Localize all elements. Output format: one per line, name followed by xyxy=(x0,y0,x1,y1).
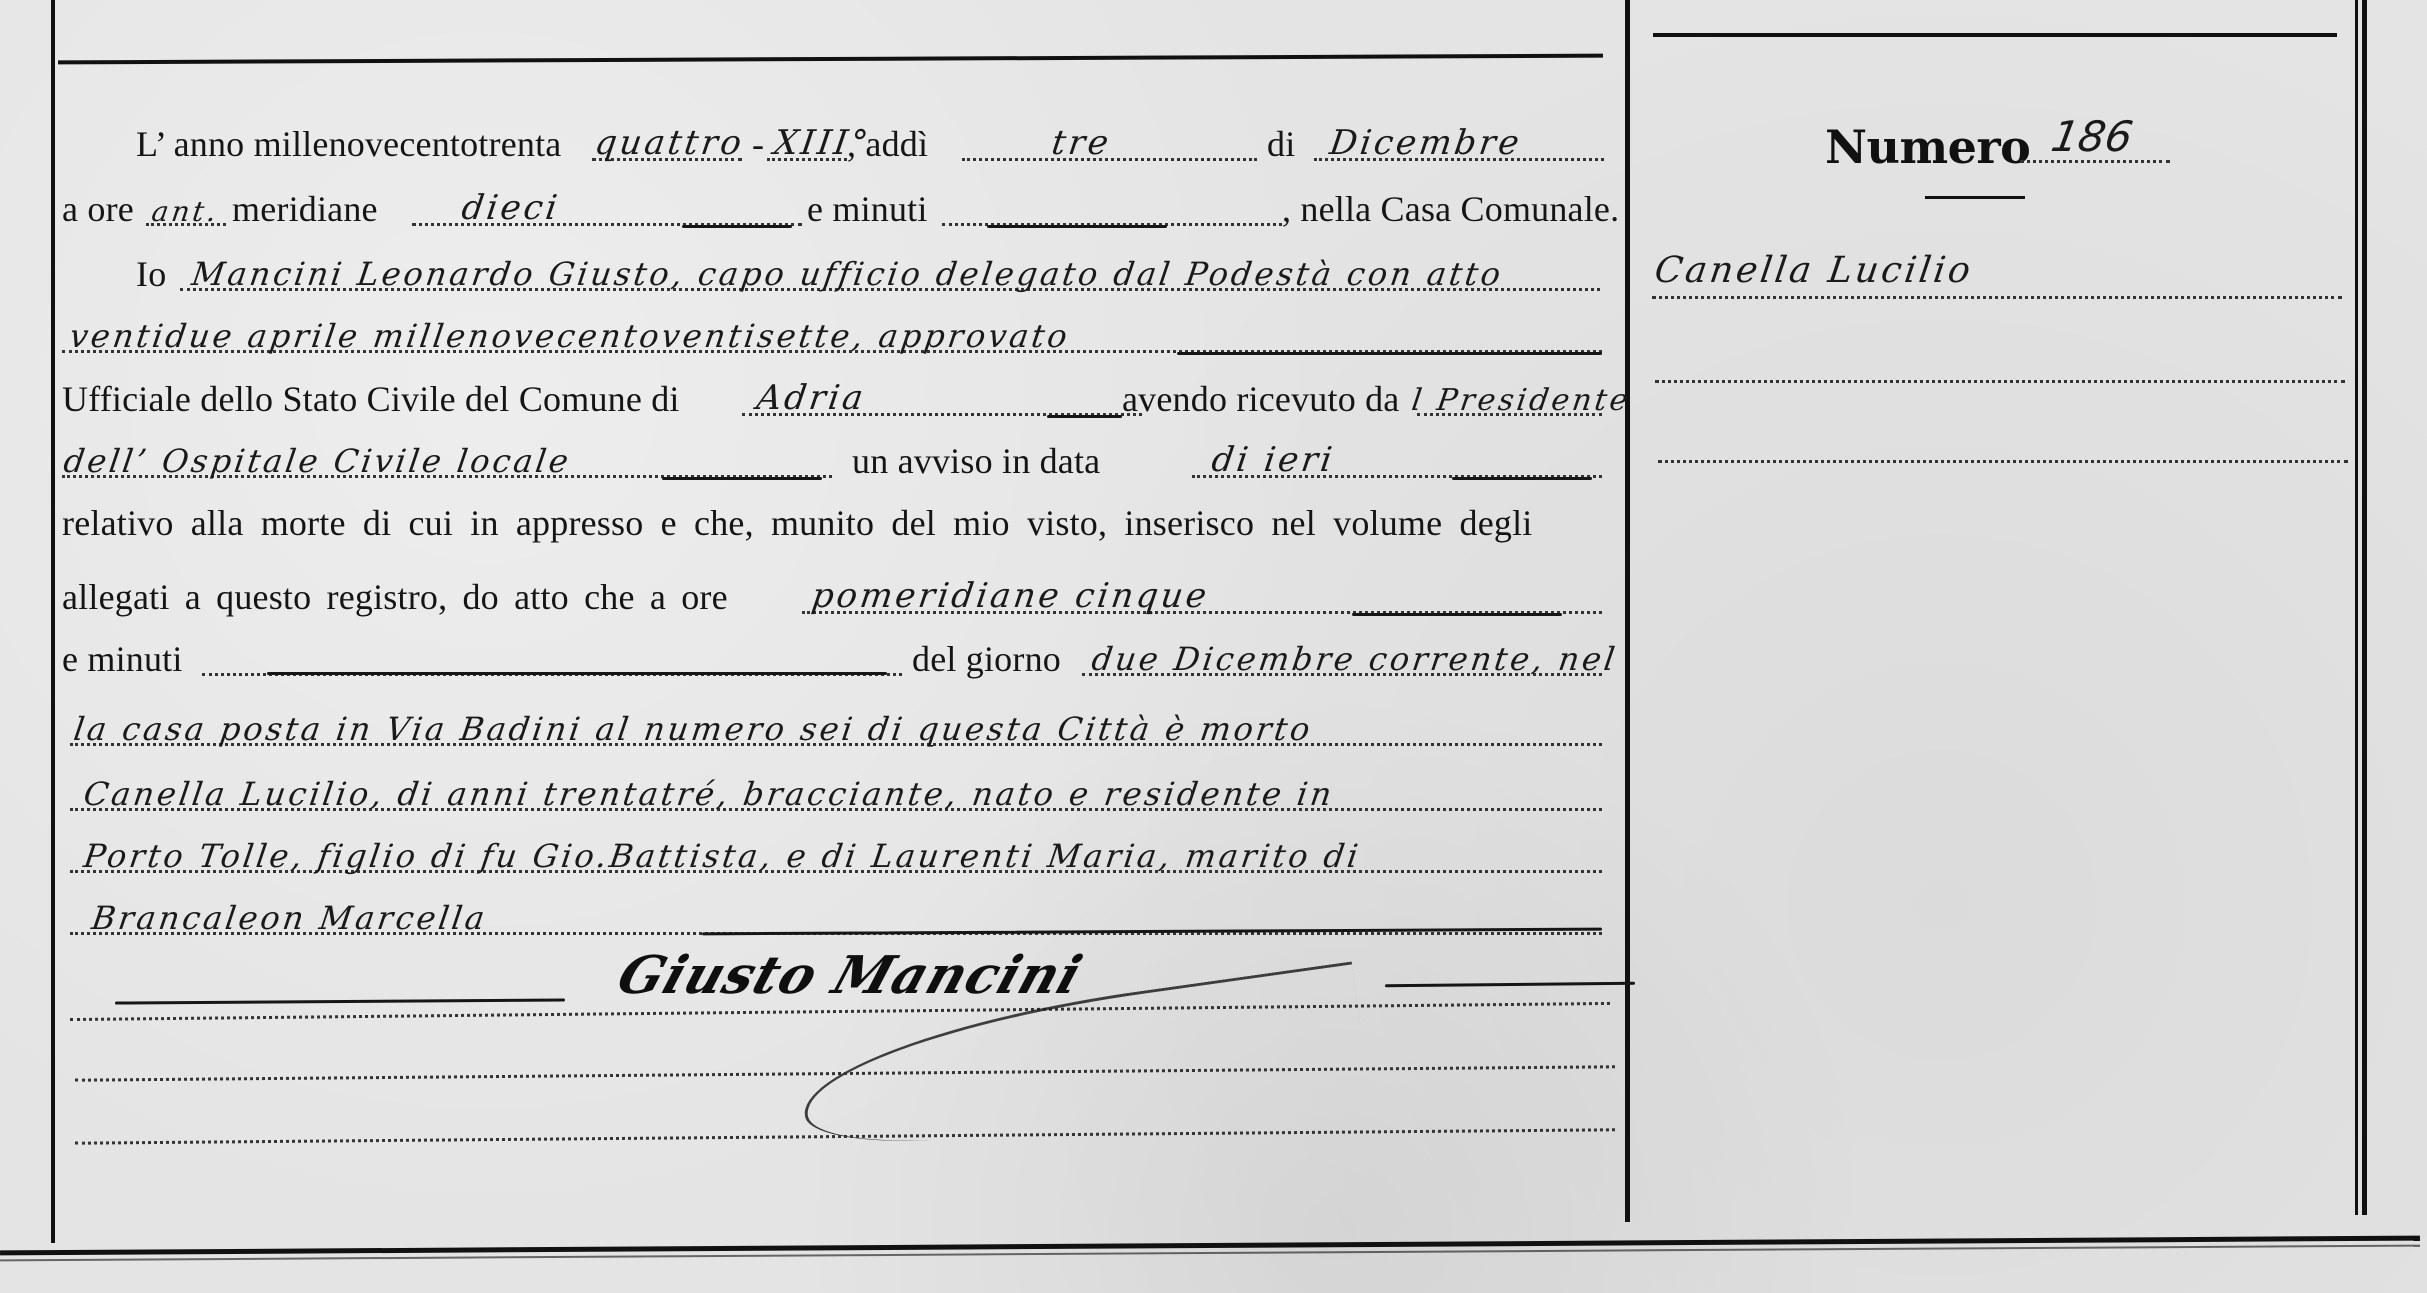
printed-text: di xyxy=(1267,123,1295,165)
sender-strike xyxy=(662,477,822,480)
hour-handwritten: dieci xyxy=(459,188,562,228)
left-border xyxy=(51,0,55,1243)
officer-signature: Giusto Mancini xyxy=(610,945,1090,1006)
parents-handwritten: Porto Tolle, figlio di fu Gio.Battista, … xyxy=(81,837,1363,875)
line-10: la casa posta in Via Badini al numero se… xyxy=(62,700,1602,750)
printed-text: , addì xyxy=(847,123,928,165)
line-12: Porto Tolle, figlio di fu Gio.Battista, … xyxy=(62,827,1602,877)
printed-text: a ore xyxy=(62,188,134,230)
line-5: Ufficiale dello Stato Civile del Comune … xyxy=(62,370,1602,420)
line-8: allegati a questo registro, do atto che … xyxy=(62,568,1602,618)
margin-deceased-name: Canella Lucilio xyxy=(1652,250,1976,291)
printed-text: allegati a questo registro, do atto che … xyxy=(62,576,728,618)
margin-dotted-line-2 xyxy=(1655,380,2345,383)
delegation-strike xyxy=(1177,352,1602,355)
printed-text: avendo ricevuto da xyxy=(1122,378,1400,420)
signature-strike-right xyxy=(1385,982,1635,988)
place-handwritten: la casa posta in Via Badini al numero se… xyxy=(71,710,1315,748)
line-7: relativo alla morte di cui in appresso e… xyxy=(62,494,1602,544)
death-day-handwritten: due Dicembre corrente, nel xyxy=(1089,640,1620,678)
am-pm-handwritten: ant. xyxy=(150,195,222,228)
right-border-inner xyxy=(2355,0,2358,1215)
line-3: Io Mancini Leonardo Giusto, capo ufficio… xyxy=(62,245,1602,295)
printed-text: meridiane xyxy=(232,188,378,230)
officer-handwritten: Mancini Leonardo Giusto, capo ufficio de… xyxy=(189,255,1506,293)
left-panel-top-rule xyxy=(58,54,1603,65)
year-handwritten: quattro xyxy=(592,123,747,163)
line-6: dell’ Ospitale Civile locale un avviso i… xyxy=(62,432,1602,482)
printed-text: Io xyxy=(136,253,166,295)
numero-short-rule xyxy=(1925,196,2025,199)
minutes-strike xyxy=(987,225,1167,228)
line-2: a ore ant. meridiane dieci e minuti , ne… xyxy=(62,180,1602,230)
deceased-handwritten: Canella Lucilio, di anni trentatré, brac… xyxy=(81,775,1337,813)
hour-strike xyxy=(682,225,792,228)
center-divider xyxy=(1625,0,1630,1222)
sender-handwritten: l Presidente xyxy=(1410,383,1633,418)
line-13: Brancaleon Marcella xyxy=(62,889,1602,939)
right-border-outer xyxy=(2362,0,2367,1215)
notice-date-strike xyxy=(1452,477,1592,480)
printed-text: Ufficiale dello Stato Civile del Comune … xyxy=(62,378,680,420)
line-4: ventidue aprile millenovecentoventisette… xyxy=(62,307,1602,357)
printed-text: e minuti xyxy=(62,638,183,680)
notice-date-handwritten: di ieri xyxy=(1209,440,1337,480)
printed-text: un avviso in data xyxy=(852,440,1100,482)
day-field xyxy=(962,158,1257,161)
printed-text: , nella Casa Comunale. xyxy=(1282,188,1619,230)
numero-label: Numero xyxy=(1825,120,2030,174)
printed-text: relativo alla morte di cui in appresso e… xyxy=(62,502,1533,544)
death-hour-handwritten: pomeridiane cinque xyxy=(809,576,1212,616)
death-minutes-strike xyxy=(267,672,887,675)
comune-handwritten: Adria xyxy=(754,378,868,418)
death-hour-strike xyxy=(1352,613,1562,616)
margin-dotted-line-1 xyxy=(1652,296,2342,299)
printed-text: L’ anno millenovecentotrenta xyxy=(136,123,561,165)
line-1: L’ anno millenovecentotrenta quattro - X… xyxy=(62,115,1602,165)
printed-text: - xyxy=(752,123,764,165)
printed-text: del giorno xyxy=(912,638,1061,680)
comune-strike xyxy=(1047,415,1122,418)
numero-value: 186 xyxy=(2048,112,2137,161)
signature-strike-left xyxy=(115,998,565,1004)
line-9: e minuti del giorno due Dicembre corrent… xyxy=(62,630,1602,680)
numero-dotted-line xyxy=(2020,160,2170,163)
printed-text: e minuti xyxy=(807,188,928,230)
delegation-handwritten: ventidue aprile millenovecentoventisette… xyxy=(67,317,1072,355)
spouse-handwritten: Brancaleon Marcella xyxy=(89,899,490,937)
margin-dotted-line-3 xyxy=(1658,460,2348,463)
line-11: Canella Lucilio, di anni trentatré, brac… xyxy=(62,765,1602,815)
right-panel-top-rule xyxy=(1653,33,2337,37)
day-handwritten: tre xyxy=(1049,123,1114,163)
sender-cont-handwritten: dell’ Ospitale Civile locale xyxy=(61,442,573,480)
month-handwritten: Dicembre xyxy=(1327,123,1524,163)
